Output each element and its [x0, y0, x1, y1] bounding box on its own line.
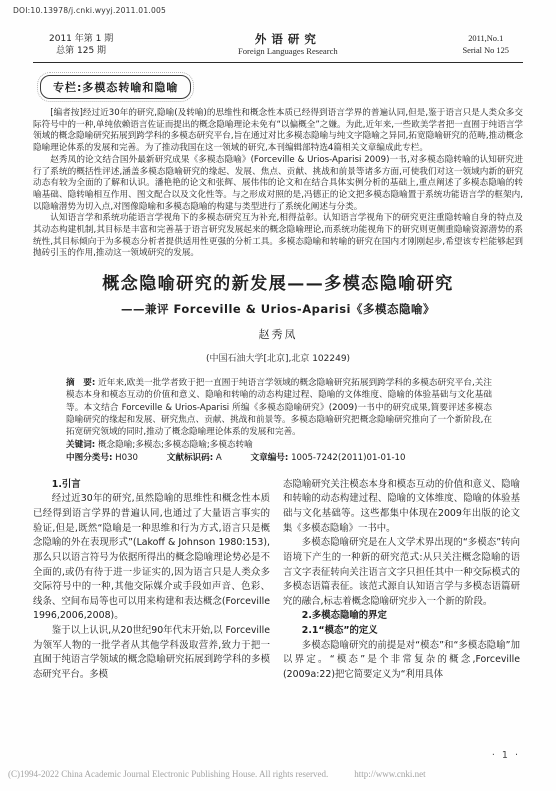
- keywords-line: 关键词: 概念隐喻;多模态;多模态隐喻;多模态转喻: [66, 439, 492, 451]
- abstract-text: 近年来,欧美一批学者致于把一直囿于纯语言学领域的概念隐喻研究拓展到跨学科的多模态…: [66, 378, 492, 437]
- body-paragraph-continued: 态隐喻研究关注模态本身和模态互动的价值和意义、隐喻和转喻的动态构建过程、隐喻的文…: [283, 478, 520, 537]
- keywords-text: 概念隐喻;多模态;多模态隐喻;多模态转喻: [98, 440, 253, 450]
- body-column-left: 1.引言 经过近30年的研究,虽然隐喻的思维性和概念性本质已经得到语言学界的普遍…: [33, 478, 270, 683]
- body-paragraph: 鉴于以上认识,从20世纪90年代末开始,以 Forceville 为领军人物的一…: [33, 624, 270, 683]
- column-badge: 专栏:多模态转喻和隐喻: [40, 75, 191, 99]
- doc-code-value: A: [216, 453, 222, 463]
- journal-name-block: 外语研究 Foreign Languages Research: [238, 33, 338, 57]
- clc-value: H030: [115, 453, 138, 463]
- section-heading-1: 1.引言: [33, 478, 270, 493]
- journal-header: 2011 年第 1 期 总第 125 期 外语研究 Foreign Langua…: [33, 33, 523, 63]
- column-badge-wrap: 专栏:多模态转喻和隐喻: [40, 75, 556, 99]
- article-subtitle: ——兼评 Forceville & Urios-Aparisi《多模态隐喻》: [0, 301, 556, 317]
- copyright-text: (C)1994-2022 China Academic Journal Elec…: [8, 769, 328, 779]
- body-paragraph: 经过近30年的研究,虽然隐喻的思维性和概念性本质已经得到语言学界的普遍认同,也通…: [33, 492, 270, 624]
- abstract-label: 摘 要:: [66, 378, 95, 388]
- editor-note-paragraph: [编者按]经过近30年的研究,隐喻(及转喻)的思维性和概念性本质已经得到语言学界…: [33, 108, 523, 155]
- keywords-label: 关键词:: [66, 440, 95, 450]
- issue-cn-line1: 2011 年第 1 期: [49, 33, 113, 45]
- body-paragraph: 多模态隐喻研究是在人文学术界出现的“多模态”转向语境下产生的一种新的研究范式:从…: [283, 536, 520, 609]
- journal-page: DOI:10.13978/j.cnki.wyyj.2011.01.005 201…: [0, 0, 556, 791]
- cnki-url: http://www.cnki.net: [354, 769, 425, 779]
- issue-info-en: 2011,No.1 Serial No 125: [462, 33, 509, 57]
- editor-note-paragraph: 认知语言学和系统功能语言学视角下的多模态研究互为补充,相得益彰。认知语言学视角下…: [33, 213, 523, 260]
- issue-info-cn: 2011 年第 1 期 总第 125 期: [49, 33, 113, 57]
- classification-line: 中图分类号: H030 文献标识码: A 文章编号: 1005-7242(201…: [66, 452, 492, 464]
- footer: (C)1994-2022 China Academic Journal Elec…: [8, 769, 548, 779]
- author-affiliation: (中国石油大学[北京],北京 102249): [0, 351, 556, 364]
- issue-en-line1: 2011,No.1: [462, 33, 509, 45]
- section-heading-2: 2.多模态隐喻的界定: [283, 609, 520, 624]
- article-id-value: 1005-7242(2011)01-01-10: [291, 453, 405, 463]
- author-name: 赵秀凤: [0, 326, 556, 342]
- body-column-right: 态隐喻研究关注模态本身和模态互动的价值和意义、隐喻和转喻的动态构建过程、隐喻的文…: [283, 478, 520, 683]
- doi-line: DOI:10.13978/j.cnki.wyyj.2011.01.005: [13, 6, 166, 15]
- journal-name-en: Foreign Languages Research: [238, 45, 338, 57]
- clc-label: 中图分类号:: [66, 453, 112, 463]
- page-number: · 1 ·: [492, 750, 520, 761]
- issue-en-line2: Serial No 125: [462, 45, 509, 57]
- abstract-block: 摘 要: 近年来,欧美一批学者致于把一直囿于纯语言学领域的概念隐喻研究拓展到跨学…: [66, 377, 492, 438]
- article-body: 1.引言 经过近30年的研究,虽然隐喻的思维性和概念性本质已经得到语言学界的普遍…: [33, 478, 523, 683]
- article-id-label: 文章编号:: [251, 453, 289, 463]
- doc-code-label: 文献标识码:: [167, 453, 213, 463]
- journal-name-cn: 外语研究: [238, 33, 338, 45]
- article-title: 概念隐喻研究的新发展——多模态隐喻研究: [0, 269, 556, 294]
- issue-cn-line2: 总第 125 期: [49, 45, 113, 57]
- section-heading-2-1: 2.1“模态”的定义: [283, 624, 520, 639]
- body-paragraph: 多模态隐喻研究的前提是对“模态”和“多模态隐喻”加以界定。“模态”是个非常复杂的…: [283, 639, 520, 683]
- editor-note: [编者按]经过近30年的研究,隐喻(及转喻)的思维性和概念性本质已经得到语言学界…: [33, 108, 523, 260]
- editor-note-paragraph: 赵秀凤的论文结合国外最新研究成果《多模态隐喻》(Forceville & Uri…: [33, 155, 523, 214]
